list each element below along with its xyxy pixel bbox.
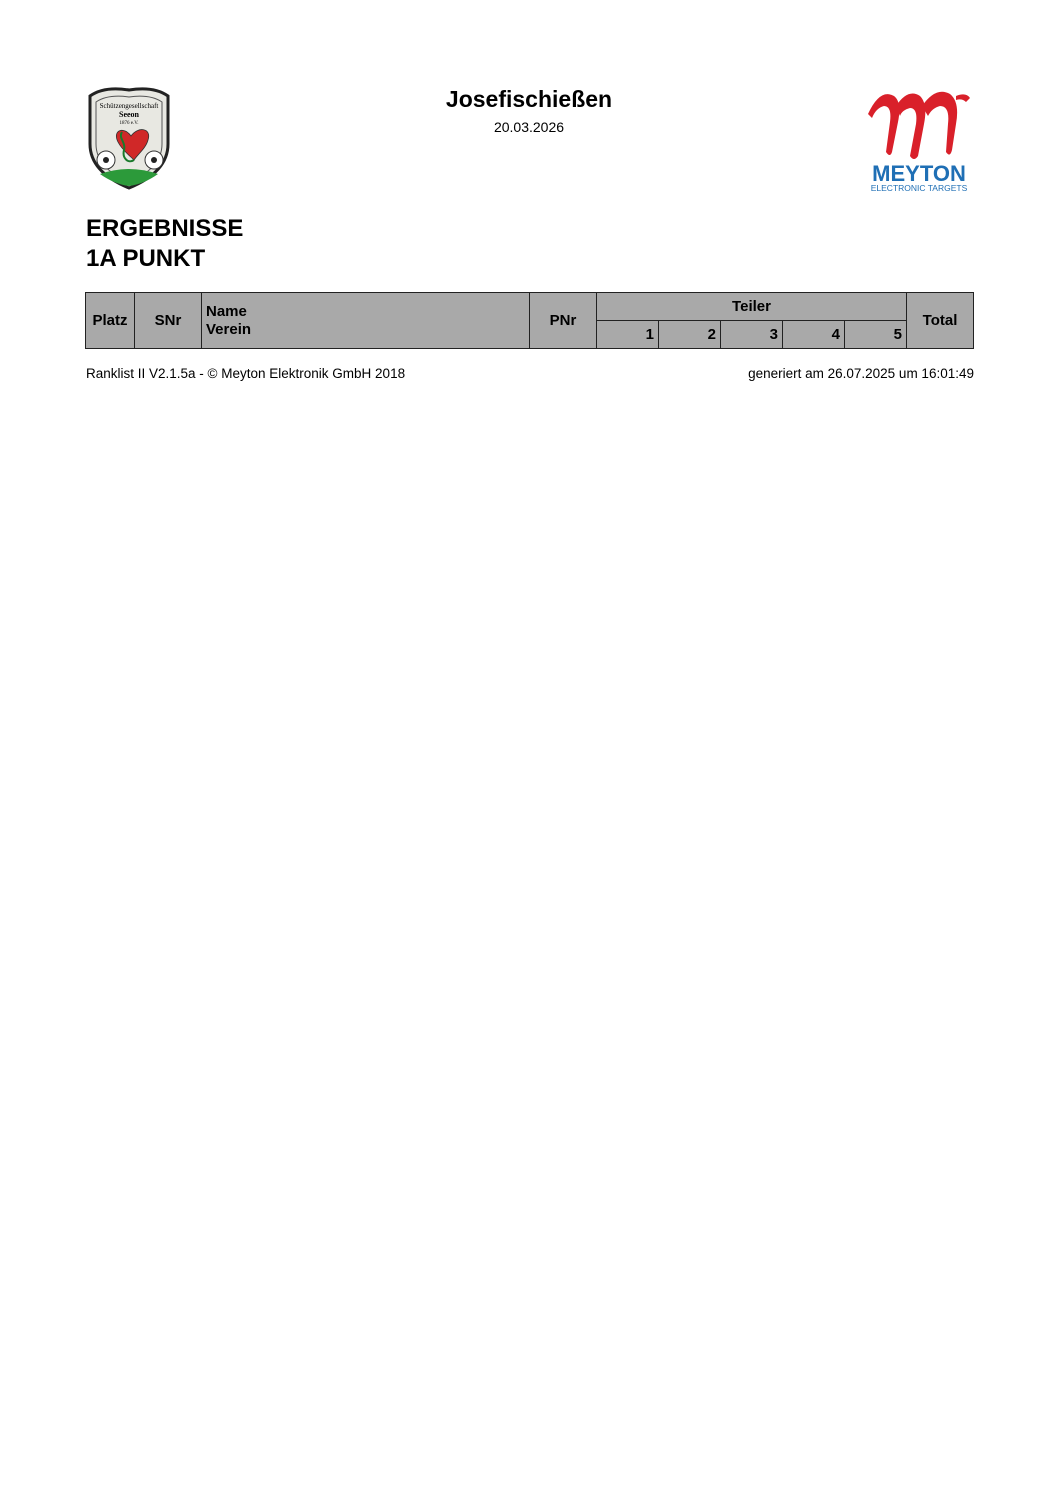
column-header-platz: Platz [86,293,135,349]
column-header-pnr: PNr [530,293,597,349]
column-header-total: Total [907,293,974,349]
column-header-verein: Verein [206,321,525,339]
column-header-shot-4: 4 [783,321,845,349]
footer-generated-timestamp: generiert am 26.07.2025 um 16:01:49 [748,366,974,381]
table-header-row: Platz SNr Name Verein PNr Teiler Total [86,293,974,321]
section-heading: ERGEBNISSE 1A PUNKT [86,214,243,274]
section-subtitle: 1A PUNKT [86,244,243,274]
column-header-shot-5: 5 [845,321,907,349]
column-header-name: Name [206,303,525,321]
column-header-teiler: Teiler [597,293,907,321]
column-header-shot-2: 2 [659,321,721,349]
results-table: Platz SNr Name Verein PNr Teiler Total 1… [85,292,974,349]
meyton-logo: MEYTON ELECTRONIC TARGETS [862,84,976,196]
meyton-tagline: ELECTRONIC TARGETS [871,183,968,193]
column-header-shot-1: 1 [597,321,659,349]
meyton-m-logo-icon [868,92,970,159]
column-header-shot-3: 3 [721,321,783,349]
section-title: ERGEBNISSE [86,214,243,244]
column-header-snr: SNr [135,293,202,349]
footer-copyright: Ranklist II V2.1.5a - © Meyton Elektroni… [86,366,405,381]
column-header-name-verein: Name Verein [202,293,530,349]
